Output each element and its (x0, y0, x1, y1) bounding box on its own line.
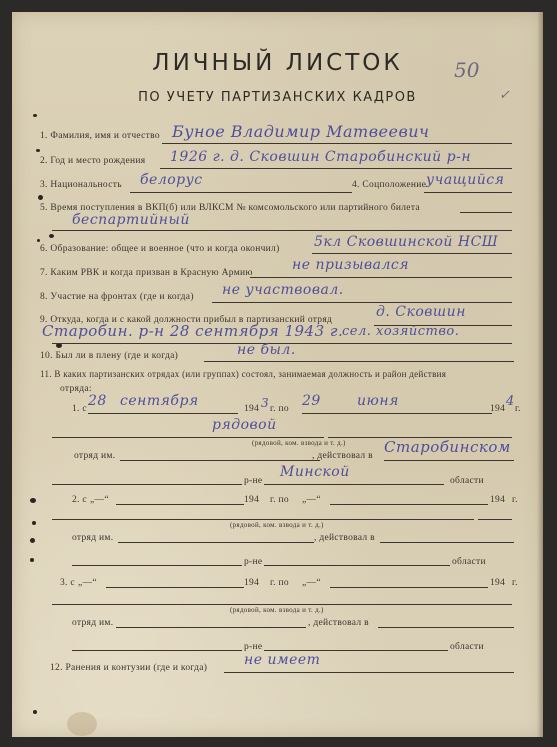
entry-1-from-year-digit: 3 (261, 396, 269, 410)
entry-3-to-quote: „—“ (302, 578, 321, 588)
entry-1-position-hint: (рядовой, ком. взвода и т. д.) (252, 439, 346, 447)
entry-2-position-hint: (рядовой, ком. взвода и т. д.) (230, 521, 324, 529)
punch-hole (32, 521, 36, 525)
entry-2-to-quote: „—“ (302, 495, 321, 505)
field-10-value: не был. (237, 342, 296, 358)
entry-3-from-line (106, 587, 244, 588)
pencil-number: 50 (454, 58, 479, 82)
field-3-line (130, 192, 352, 193)
field-10-line (204, 361, 514, 362)
entry-2-position-line (52, 519, 474, 520)
entry-2-district-line-b (264, 565, 450, 566)
entry-1-region-label: области (450, 476, 484, 486)
entry-3-region-label: области (450, 642, 484, 652)
entry-1-acted-label: , действовал в (312, 451, 373, 461)
field-6-label: 6. Образование: общее и военное (что и к… (40, 244, 280, 254)
entry-2-district-line-a (72, 565, 242, 566)
field-12-value: не имеет (244, 652, 320, 668)
entry-2-region-label: области (452, 557, 486, 567)
punch-hole (36, 149, 40, 152)
field-12-line (224, 672, 514, 673)
entry-3-from-year: 194 (244, 578, 259, 588)
entry-2-year-suffix: г. (512, 495, 518, 505)
field-10-label: 10. Был ли в плену (где и когда) (40, 351, 178, 361)
entry-3-otryad-label: отряд им. (72, 618, 113, 628)
field-2-value: 1926 г. д. Сковшин Старобинский р-н (170, 149, 471, 165)
punch-hole (37, 239, 40, 242)
field-1-value: Буное Владимир Матвеевич (172, 122, 430, 141)
document-subtitle: ПО УЧЕТУ ПАРТИЗАНСКИХ КАДРОВ (12, 90, 543, 105)
field-7-value: не призывался (292, 257, 409, 273)
paper-stain (67, 712, 97, 736)
field-6-value: 5кл Сковшинской НСШ (314, 234, 498, 250)
field-7-label: 7. Каким РВК и когда призван в Красную А… (40, 268, 253, 278)
entry-1-to-month: июня (357, 393, 399, 409)
entry-1-to-year-prefix: 194 (490, 404, 505, 414)
field-2-label: 2. Год и место рождения (40, 156, 145, 166)
entry-1-otryad-label: отряд им. (74, 451, 115, 461)
entry-1-num: 1. с (72, 404, 87, 414)
entry-2-num: 2. с (72, 495, 87, 505)
entry-3-district-line-b (264, 650, 448, 651)
field-1-label: 1. Фамилия, имя и отчество (40, 131, 160, 141)
field-6-line (312, 253, 512, 254)
entry-2-from-year: 194 (244, 495, 259, 505)
punch-hole (30, 538, 35, 543)
entry-1-from-year-prefix: 194 (244, 404, 259, 414)
entry-3-acted-line (378, 627, 514, 628)
entry-2-district-label: р-не (244, 557, 262, 567)
field-5-line-b (52, 230, 512, 231)
punch-hole (49, 234, 54, 238)
entry-2-position-line-b (478, 519, 512, 520)
entry-3-to-year: 194 (490, 578, 505, 588)
entry-1-to-line (302, 413, 492, 414)
field-8-line (212, 302, 512, 303)
field-1-line (162, 143, 512, 144)
entry-1-otryad-line (120, 460, 320, 461)
punch-hole (33, 114, 37, 117)
entry-3-year-suffix: г. (512, 578, 518, 588)
entry-3-from-quote: „—“ (78, 578, 97, 588)
entry-1-from-month: сентября (120, 393, 199, 409)
field-11-label: 11. В каких партизанских отрядах (или гр… (40, 369, 446, 379)
field-12-label: 12. Ранения и контузии (где и когда) (50, 663, 207, 673)
entry-1-district-label: р-не (244, 476, 262, 486)
entry-3-num: 3. с (60, 578, 75, 588)
field-5-line-a (460, 212, 512, 213)
page-edge-shadow (537, 12, 543, 737)
entry-2-acted-label: , действовал в (314, 533, 375, 543)
field-3-label: 3. Национальность (40, 180, 122, 190)
entry-1-to-day: 29 (302, 393, 321, 409)
field-8-label: 8. Участие на фронтах (где и когда) (40, 292, 194, 302)
field-9-value-line2: Старобин. р-н 28 сентября 1943 г. (42, 322, 343, 340)
entry-3-district-line-a (72, 650, 242, 651)
entry-2-otryad-line (118, 542, 314, 543)
entry-2-to-year: 194 (490, 495, 505, 505)
entry-2-to-label: г. по (270, 495, 289, 505)
entry-1-to-year-digit: 4 (506, 394, 515, 409)
punch-hole (30, 558, 34, 562)
entry-3-to-line (330, 587, 488, 588)
entry-1-acted-line (384, 460, 514, 461)
punch-hole (33, 710, 37, 714)
entry-2-acted-line (380, 542, 514, 543)
entry-1-year-suffix: г. (515, 404, 521, 414)
entry-1-district-line-b (264, 484, 444, 485)
entry-1-acted-value: Старобинском (384, 438, 511, 456)
entry-2-from-quote: „—“ (90, 495, 109, 505)
field-4-label: 4. Соцположение (352, 180, 426, 190)
field-4-value: учащийся (426, 172, 504, 188)
entry-1-to-label: г. по (270, 404, 289, 414)
entry-2-to-line (330, 504, 488, 505)
field-4-line (424, 192, 512, 193)
entry-1-district-line-a (52, 484, 242, 485)
field-8-value: не участвовал. (222, 282, 344, 298)
pencil-checkmark: ✓ (499, 88, 510, 103)
entry-1-from-line (88, 413, 238, 414)
field-5-value: беспартийный (72, 212, 190, 228)
field-9-value-line2b: сел. хозяйство. (342, 324, 459, 339)
entry-3-acted-label: , действовал в (308, 618, 369, 628)
entry-3-otryad-line (116, 627, 306, 628)
entry-3-position-line (52, 604, 512, 605)
entry-3-district-label: р-не (244, 642, 262, 652)
entry-1-position: рядовой (212, 417, 277, 433)
punch-hole (30, 498, 36, 503)
entry-1-position-line (52, 437, 324, 438)
entry-2-otryad-label: отряд им. (72, 533, 113, 543)
document-page: ЛИЧНЫЙ ЛИСТОК ПО УЧЕТУ ПАРТИЗАНСКИХ КАДР… (12, 12, 543, 737)
field-3-value: белорус (140, 172, 203, 188)
field-9-value-line1: д. Сковшин (376, 304, 466, 320)
punch-hole (38, 195, 43, 200)
field-7-line (250, 277, 512, 278)
entry-3-to-label: г. по (270, 578, 289, 588)
entry-1-from-day: 28 (88, 393, 107, 409)
entry-2-from-line (116, 504, 244, 505)
field-2-line (160, 168, 512, 169)
entry-3-position-hint: (рядовой, ком. взвода и т. д.) (230, 606, 324, 614)
entry-1-district-value: Минской (280, 464, 350, 480)
